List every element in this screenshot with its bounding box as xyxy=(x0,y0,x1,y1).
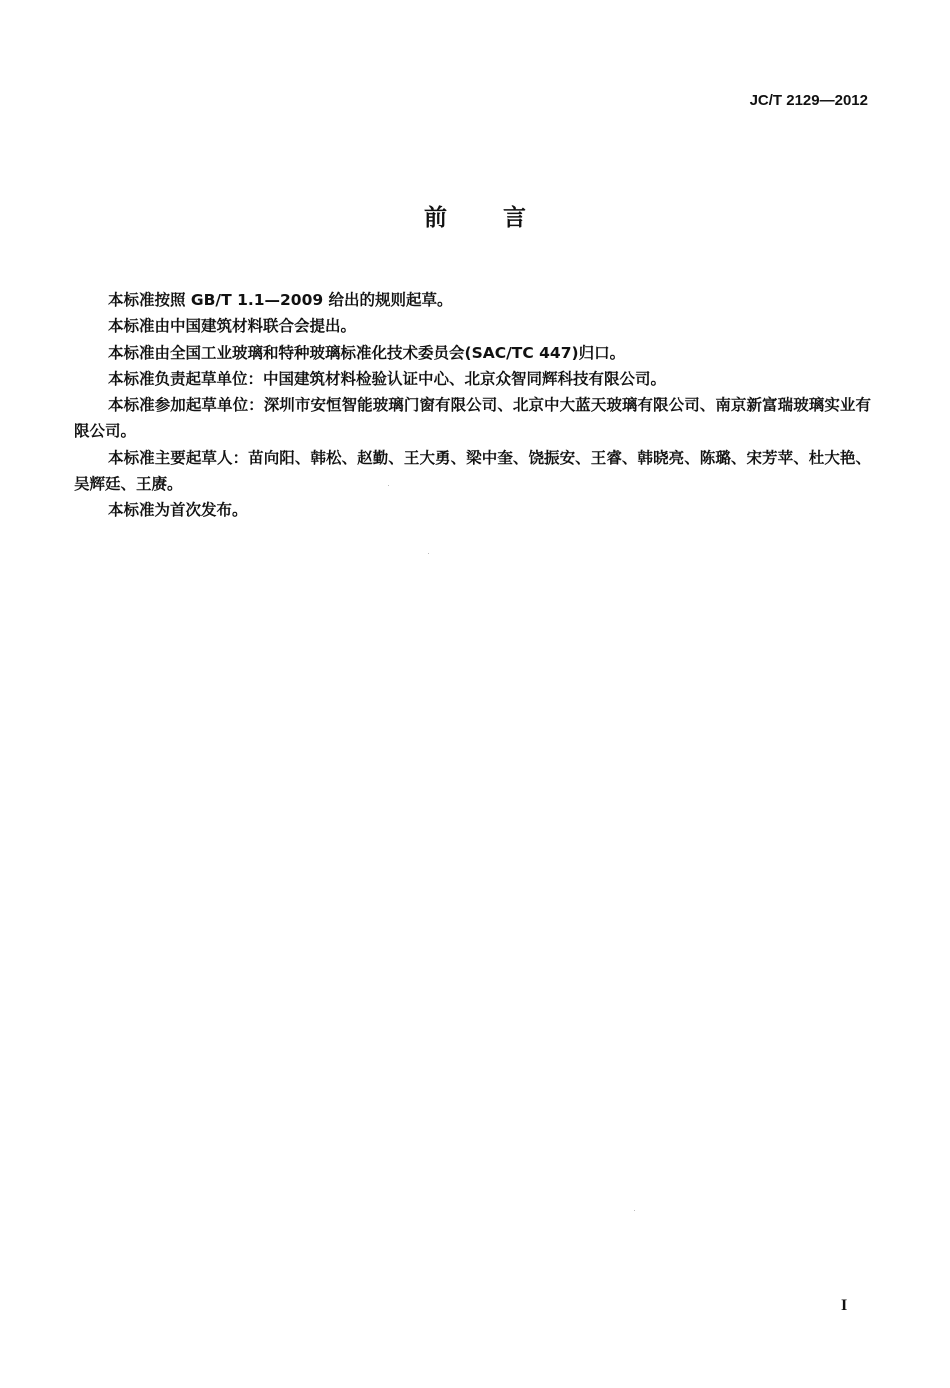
paragraph-first-release: 本标准为首次发布。 xyxy=(74,497,871,523)
paragraph-proposer: 本标准由中国建筑材料联合会提出。 xyxy=(74,313,871,339)
scan-speck xyxy=(634,1210,635,1211)
title-char-2: 言 xyxy=(503,199,526,232)
paragraph-main-authors: 本标准主要起草人：苗向阳、韩松、赵勤、王大勇、梁中奎、饶振安、王睿、韩晓亮、陈璐… xyxy=(74,445,871,498)
paragraph-committee: 本标准由全国工业玻璃和特种玻璃标准化技术委员会(SAC/TC 447)归口。 xyxy=(74,340,871,366)
page-title: 前言 xyxy=(0,199,950,232)
scan-speck xyxy=(388,485,389,486)
paragraph-lead-drafters: 本标准负责起草单位：中国建筑材料检验认证中心、北京众智同辉科技有限公司。 xyxy=(74,366,871,392)
title-char-1: 前 xyxy=(424,199,447,232)
page-number: I xyxy=(841,1297,847,1315)
paragraph-participating-drafters: 本标准参加起草单位：深圳市安恒智能玻璃门窗有限公司、北京中大蓝天玻璃有限公司、南… xyxy=(74,392,871,445)
foreword-body: 本标准按照 GB/T 1.1—2009 给出的规则起草。 本标准由中国建筑材料联… xyxy=(74,287,871,524)
paragraph-drafting-rules: 本标准按照 GB/T 1.1—2009 给出的规则起草。 xyxy=(74,287,871,313)
standard-code: JC/T 2129—2012 xyxy=(750,92,868,109)
scan-speck xyxy=(428,553,429,554)
